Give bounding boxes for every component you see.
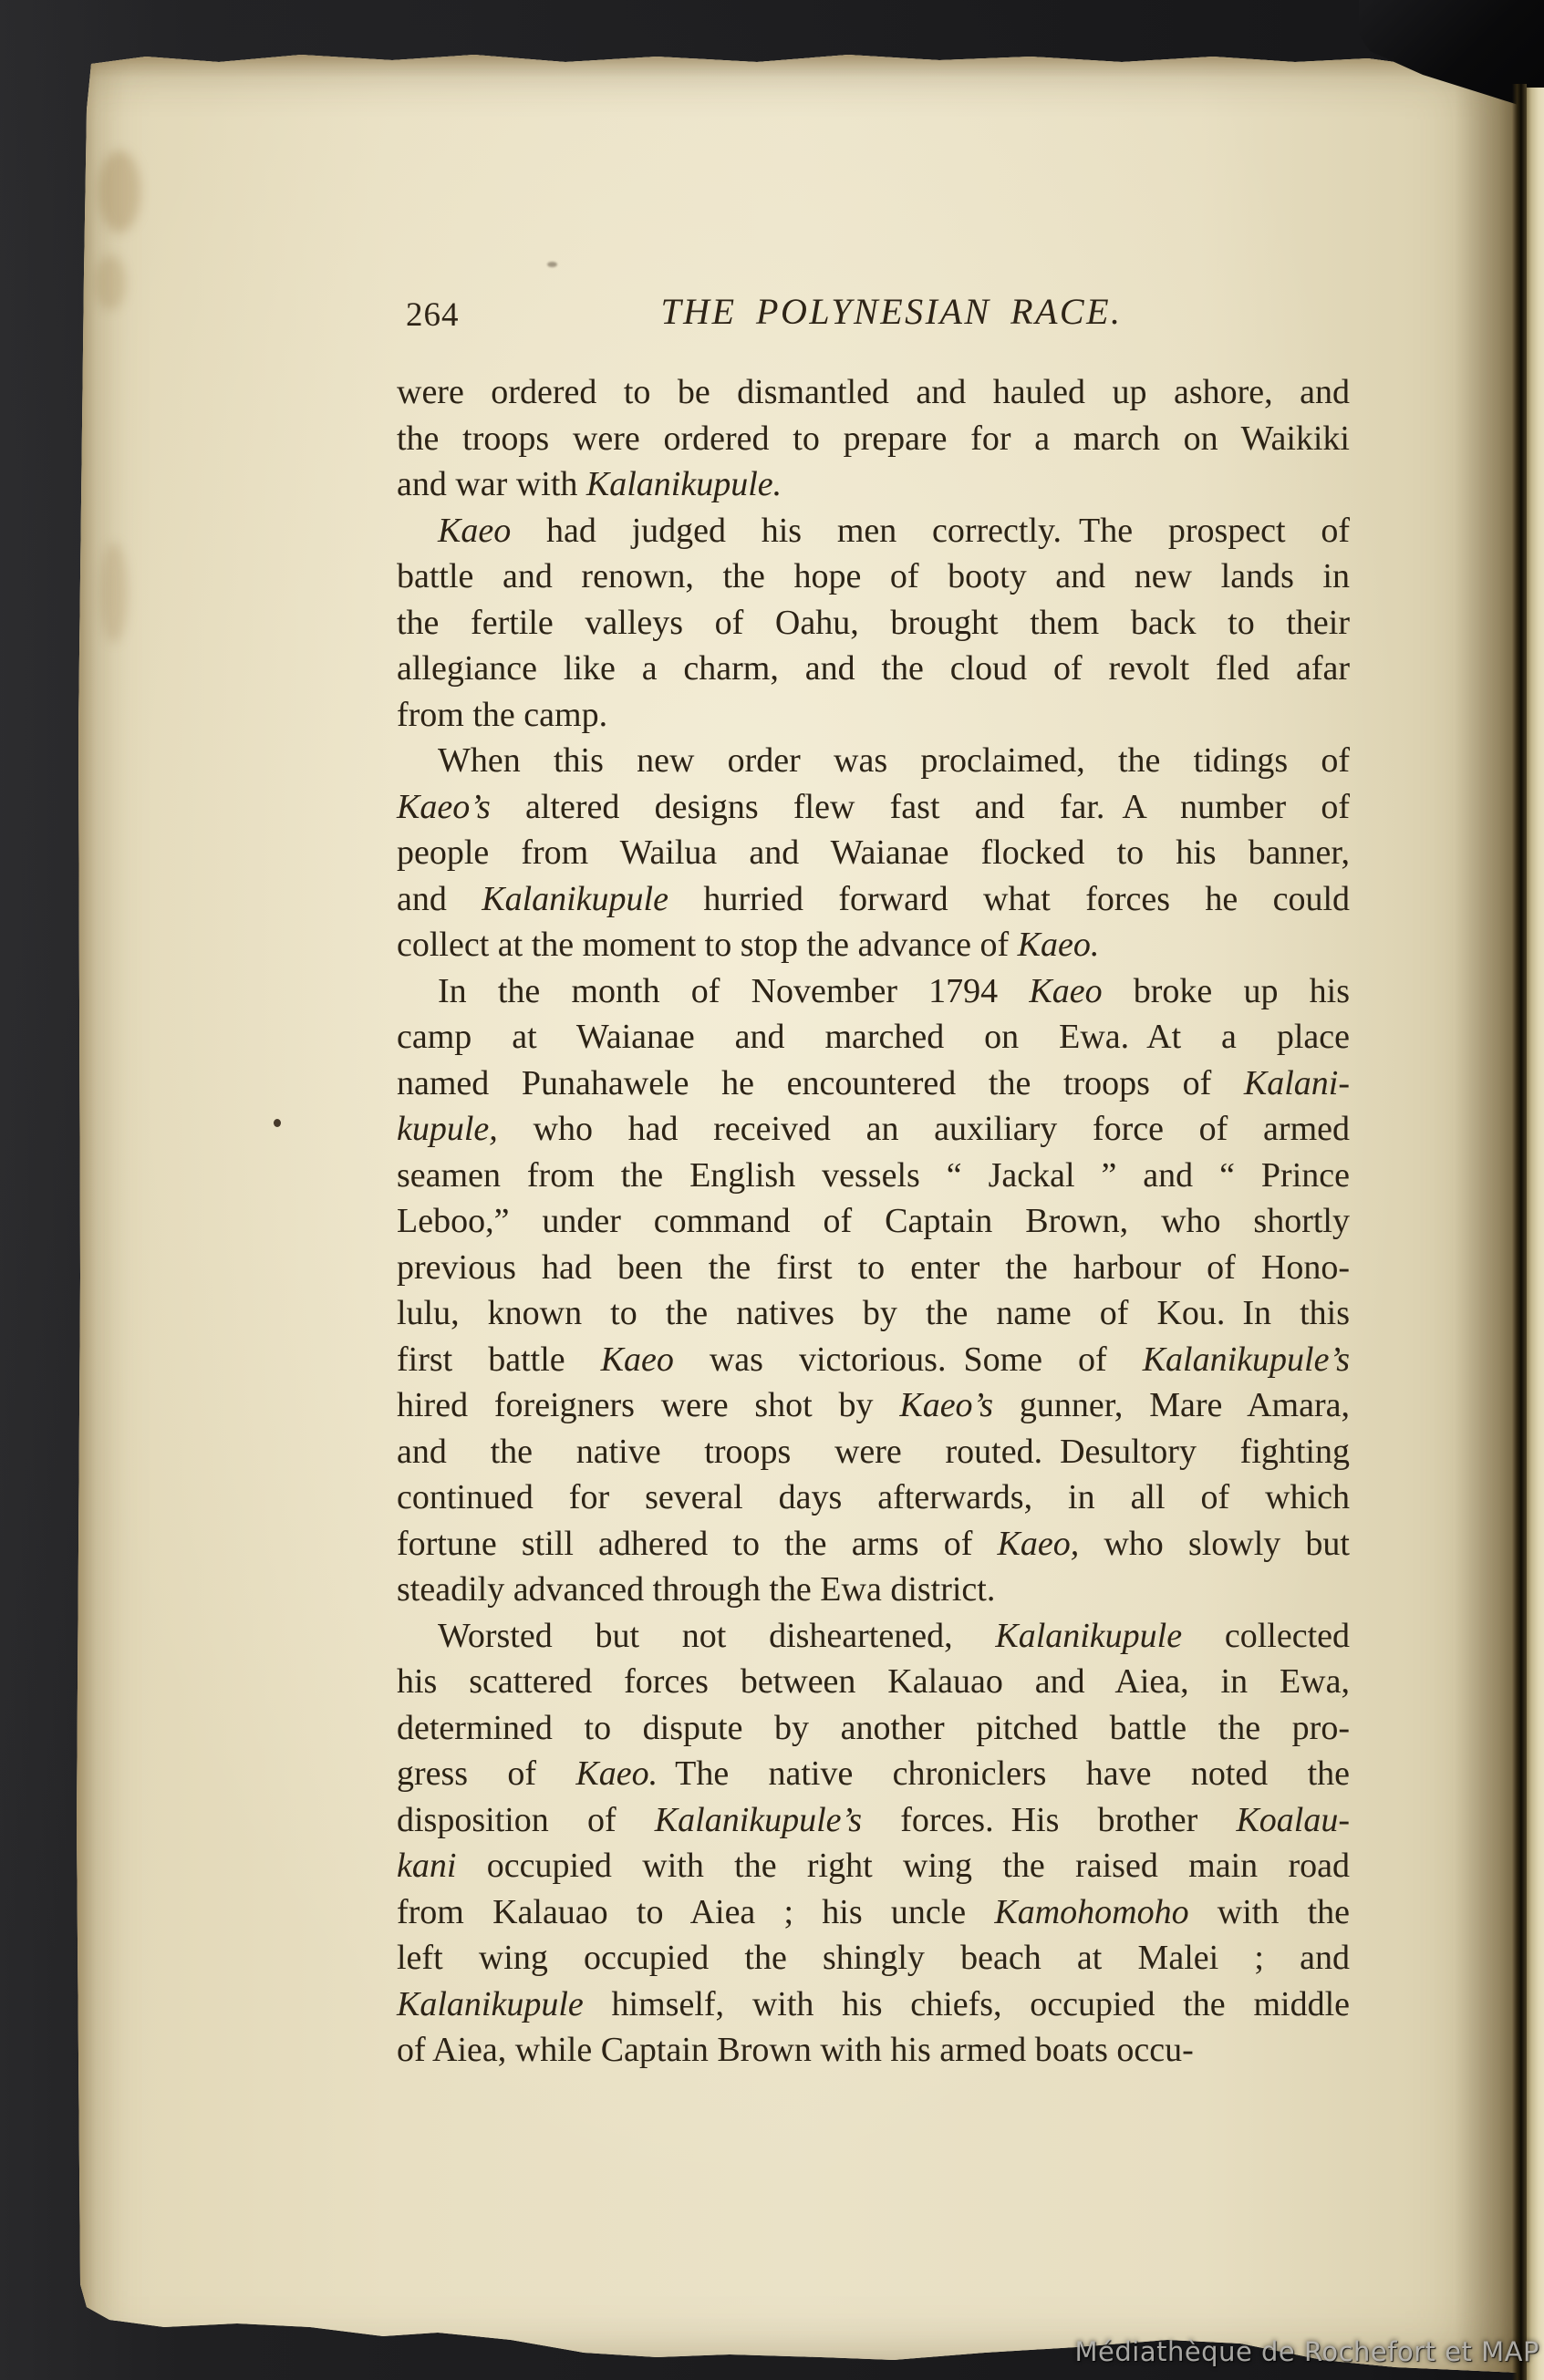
body-line: Worsted but not disheartened, Kalanikupu… <box>397 1613 1350 1660</box>
body-line: continued for several days afterwards, i… <box>397 1475 1350 1521</box>
body-line: seamen from the English vessels “ Jackal… <box>397 1153 1350 1199</box>
body-line: from Kalauao to Aiea ; his uncle Kamohom… <box>397 1889 1350 1936</box>
paragraph: When this new order was proclaimed, the … <box>397 738 1350 968</box>
paragraph: Kaeo had judged his men correctly. The p… <box>397 508 1350 739</box>
body-line: and Kalanikupule hurried forward what fo… <box>397 876 1350 923</box>
watermark: Médiathèque de Rochefort et MAP <box>1074 2336 1539 2367</box>
paper-speck <box>274 1119 281 1127</box>
body-line: fortune still adhered to the arms of Kae… <box>397 1521 1350 1568</box>
body-line: previous had been the first to enter the… <box>397 1245 1350 1291</box>
paper-stain <box>98 150 140 233</box>
page-header: 264 THE POLYNESIAN RACE. <box>397 290 1350 337</box>
body-line: camp at Waianae and marched on Ewa. At a… <box>397 1014 1350 1061</box>
body-line: were ordered to be dismantled and hauled… <box>397 369 1350 416</box>
body-line: left wing occupied the shingly beach at … <box>397 1935 1350 1982</box>
body-line: Kaeo had judged his men correctly. The p… <box>397 508 1350 554</box>
body-line: Leboo,” under command of Captain Brown, … <box>397 1198 1350 1245</box>
body-line: the fertile valleys of Oahu, brought the… <box>397 600 1350 647</box>
body-line: allegiance like a charm, and the cloud o… <box>397 646 1350 692</box>
next-page-edge <box>1527 88 1544 2380</box>
body-line: of Aiea, while Captain Brown with his ar… <box>397 2027 1350 2074</box>
torn-edge-top <box>73 50 1518 78</box>
body-line: In the month of November 1794 Kaeo broke… <box>397 968 1350 1015</box>
body-line: disposition of Kalanikupule’s forces. Hi… <box>397 1797 1350 1844</box>
body-line: kupule, who had received an auxiliary fo… <box>397 1106 1350 1153</box>
body-line: named Punahawele he encountered the troo… <box>397 1061 1350 1107</box>
body-line: and the native troops were routed. Desul… <box>397 1429 1350 1475</box>
body-line: lulu, known to the natives by the name o… <box>397 1290 1350 1337</box>
body-line: collect at the moment to stop the advanc… <box>397 922 1350 968</box>
body-line: people from Wailua and Waianae flocked t… <box>397 830 1350 876</box>
page-text: were ordered to be dismantled and hauled… <box>397 369 1350 2074</box>
paragraph: were ordered to be dismantled and hauled… <box>397 369 1350 508</box>
body-line: Kaeo’s altered designs flew fast and far… <box>397 784 1350 831</box>
photo-backdrop: 264 THE POLYNESIAN RACE. were ordered to… <box>0 0 1544 2380</box>
paper-speck <box>547 262 557 267</box>
body-line: steadily advanced through the Ewa distri… <box>397 1567 1350 1613</box>
body-line: and war with Kalanikupule. <box>397 461 1350 508</box>
page-crease <box>1512 84 1527 2380</box>
paper-stain <box>95 255 126 310</box>
paragraph: In the month of November 1794 Kaeo broke… <box>397 968 1350 1613</box>
book-page: 264 THE POLYNESIAN RACE. were ordered to… <box>73 50 1518 2380</box>
body-line: hired foreigners were shot by Kaeo’s gun… <box>397 1382 1350 1429</box>
body-line: kani occupied with the right wing the ra… <box>397 1843 1350 1889</box>
paragraph: Worsted but not disheartened, Kalanikupu… <box>397 1613 1350 2074</box>
body-line: Kalanikupule himself, with his chiefs, o… <box>397 1982 1350 2028</box>
body-line: When this new order was proclaimed, the … <box>397 738 1350 784</box>
running-title: THE POLYNESIAN RACE. <box>397 290 1386 333</box>
body-line: his scattered forces between Kalauao and… <box>397 1659 1350 1705</box>
body-line: first battle Kaeo was victorious. Some o… <box>397 1337 1350 1383</box>
torn-edge-left <box>73 50 97 2380</box>
body-line: from the camp. <box>397 692 1350 739</box>
body-line: the troops were ordered to prepare for a… <box>397 416 1350 462</box>
paper-stain <box>100 543 128 643</box>
body-line: battle and renown, the hope of booty and… <box>397 554 1350 600</box>
body-line: gress of Kaeo. The native chroniclers ha… <box>397 1751 1350 1797</box>
body-line: determined to dispute by another pitched… <box>397 1705 1350 1752</box>
gutter-shadow <box>1455 50 1518 2380</box>
